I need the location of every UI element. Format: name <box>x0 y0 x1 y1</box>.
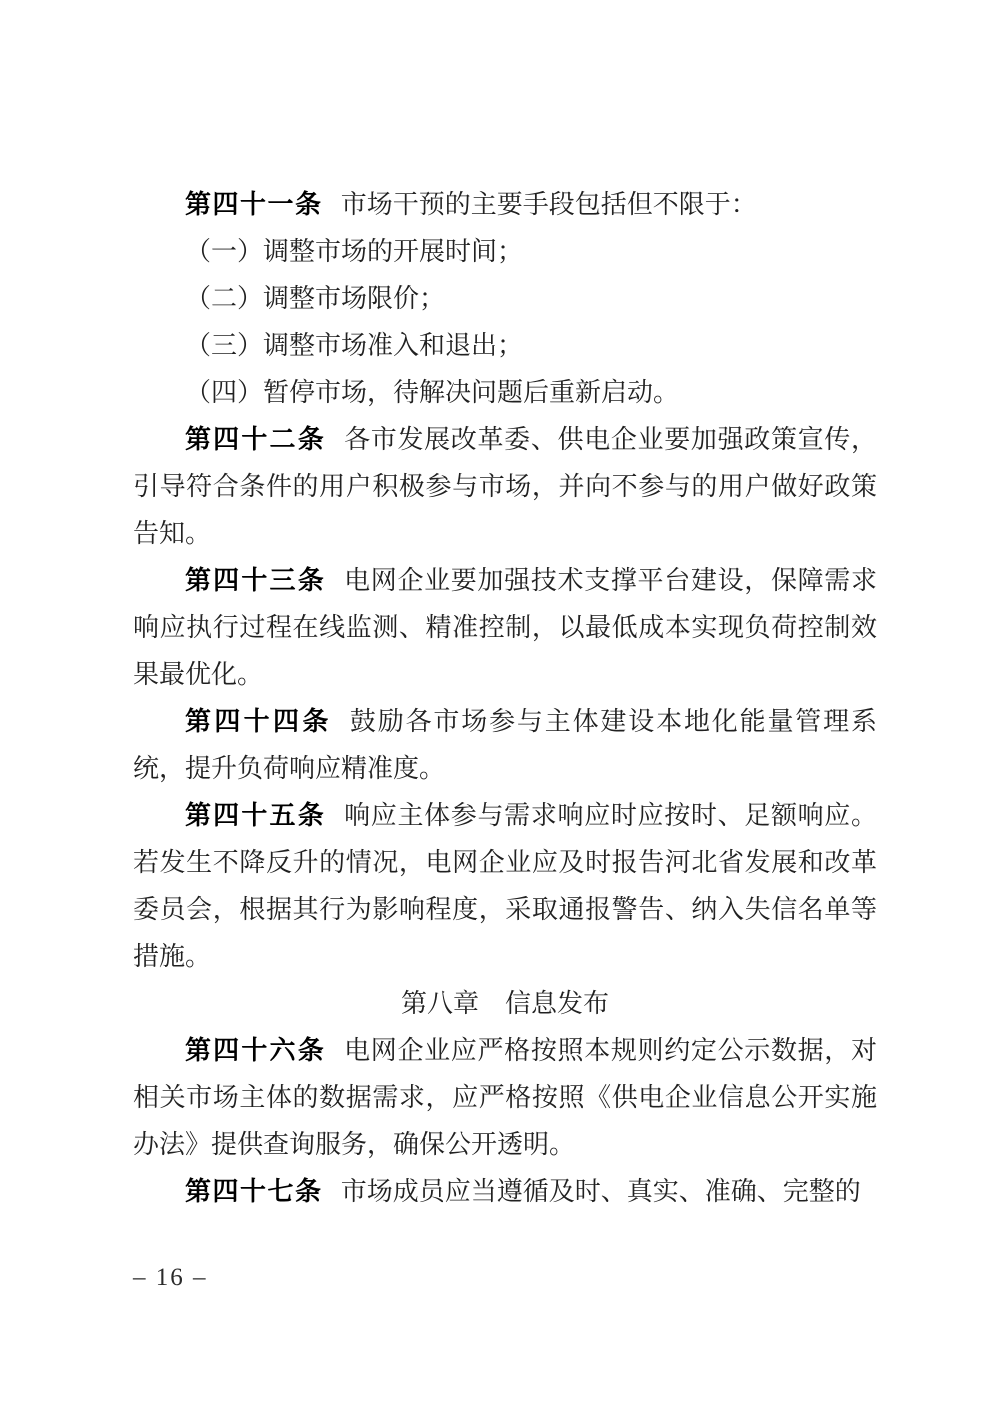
article-43: 第四十三条电网企业要加强技术支撑平台建设，保障需求响应执行过程在线监测、精准控制… <box>133 557 877 698</box>
article-41-number: 第四十一条 <box>185 189 323 219</box>
list-item-4-text: （四）暂停市场，待解决问题后重新启动。 <box>185 377 679 407</box>
list-item-4: （四）暂停市场，待解决问题后重新启动。 <box>133 369 877 416</box>
document-page: 第四十一条市场干预的主要手段包括但不限于： （一）调整市场的开展时间； （二）调… <box>0 0 1000 1414</box>
list-item-3: （三）调整市场准入和退出； <box>133 322 877 369</box>
article-45: 第四十五条响应主体参与需求响应时应按时、足额响应。若发生不降反升的情况，电网企业… <box>133 792 877 980</box>
article-44-number: 第四十四条 <box>185 706 332 736</box>
chapter-8-heading-text: 第八章 信息发布 <box>401 988 609 1018</box>
list-item-1-text: （一）调整市场的开展时间； <box>185 236 523 266</box>
list-item-3-text: （三）调整市场准入和退出； <box>185 330 523 360</box>
article-42: 第四十二条各市发展改革委、供电企业要加强政策宣传，引导符合条件的用户积极参与市场… <box>133 416 877 557</box>
article-45-number: 第四十五条 <box>185 800 326 830</box>
article-44: 第四十四条鼓励各市场参与主体建设本地化能量管理系统，提升负荷响应精准度。 <box>133 698 877 792</box>
article-41-text: 市场干预的主要手段包括但不限于： <box>341 189 757 219</box>
list-item-2-text: （二）调整市场限价； <box>185 283 445 313</box>
article-41: 第四十一条市场干预的主要手段包括但不限于： <box>133 181 877 228</box>
footer-page-number: – 16 – <box>133 1258 208 1298</box>
list-item-1: （一）调整市场的开展时间； <box>133 228 877 275</box>
list-item-2: （二）调整市场限价； <box>133 275 877 322</box>
article-42-number: 第四十二条 <box>185 424 326 454</box>
document-body: 第四十一条市场干预的主要手段包括但不限于： （一）调整市场的开展时间； （二）调… <box>133 181 877 1215</box>
article-46: 第四十六条电网企业应严格按照本规则约定公示数据，对相关市场主体的数据需求，应严格… <box>133 1027 877 1168</box>
article-47: 第四十七条市场成员应当遵循及时、真实、准确、完整的 <box>133 1168 877 1215</box>
article-47-text: 市场成员应当遵循及时、真实、准确、完整的 <box>341 1176 861 1206</box>
article-46-number: 第四十六条 <box>185 1035 326 1065</box>
chapter-8-heading: 第八章 信息发布 <box>133 980 877 1027</box>
article-43-number: 第四十三条 <box>185 565 326 595</box>
article-47-number: 第四十七条 <box>185 1176 323 1206</box>
